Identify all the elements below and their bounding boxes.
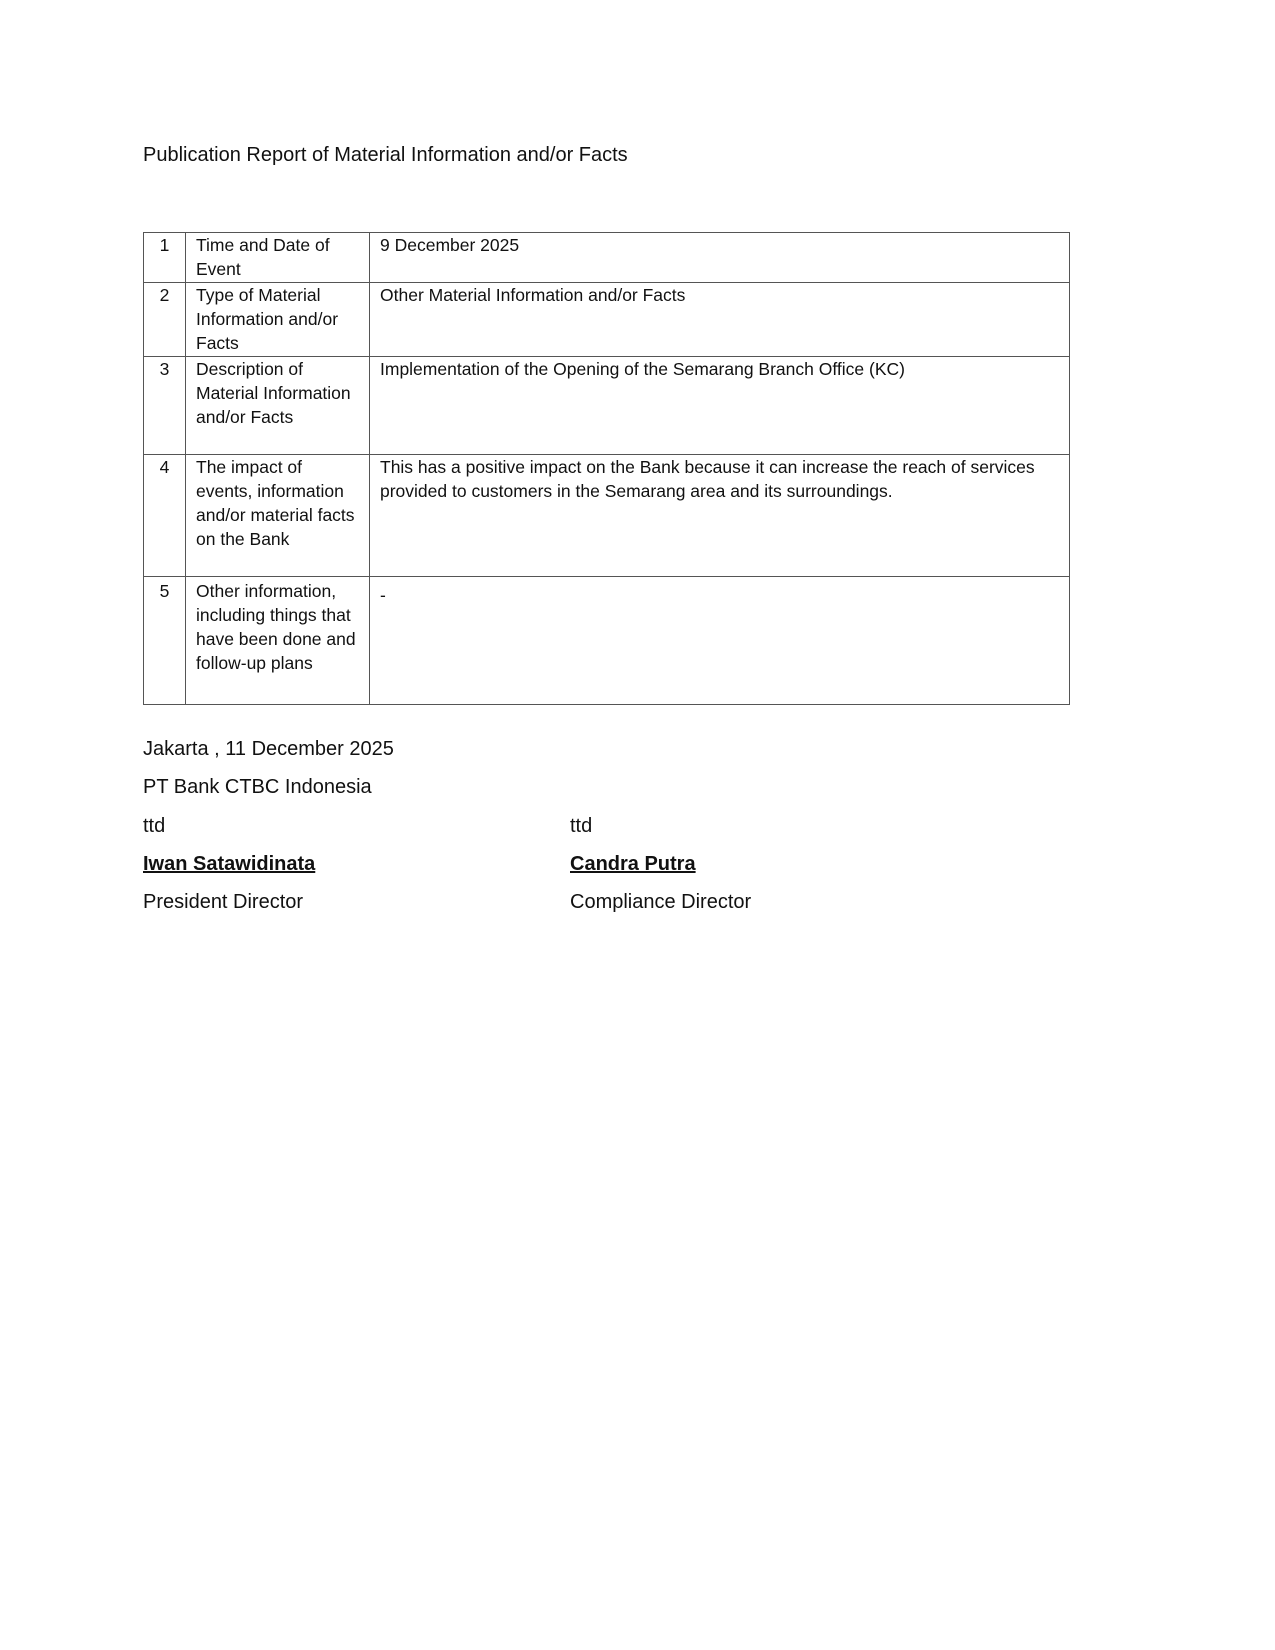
row-number: 4 <box>144 454 186 576</box>
row-label: Time and Date of Event <box>186 233 370 283</box>
row-number: 5 <box>144 576 186 704</box>
row-number: 2 <box>144 282 186 356</box>
row-value: - <box>370 576 1070 704</box>
row-value: This has a positive impact on the Bank b… <box>370 454 1070 576</box>
signatory-name-right: Candra Putra <box>570 852 696 876</box>
company-name: PT Bank CTBC Indonesia <box>143 775 372 799</box>
row-label: Description of Material Information and/… <box>186 356 370 454</box>
table-row: 3 Description of Material Information an… <box>144 356 1070 454</box>
table-row: 4 The impact of events, information and/… <box>144 454 1070 576</box>
place-and-date: Jakarta , 11 December 2025 <box>143 737 394 761</box>
row-label: The impact of events, information and/or… <box>186 454 370 576</box>
row-number: 1 <box>144 233 186 283</box>
signatory-name-left: Iwan Satawidinata <box>143 852 315 876</box>
page-title: Publication Report of Material Informati… <box>143 142 628 168</box>
table-row: 5 Other information, including things th… <box>144 576 1070 704</box>
table-row: 2 Type of Material Information and/or Fa… <box>144 282 1070 356</box>
row-label: Type of Material Information and/or Fact… <box>186 282 370 356</box>
signature-mark-left: ttd <box>143 814 165 838</box>
signatory-position-left: President Director <box>143 890 303 914</box>
table-row: 1 Time and Date of Event 9 December 2025 <box>144 233 1070 283</box>
row-label: Other information, including things that… <box>186 576 370 704</box>
signatory-position-right: Compliance Director <box>570 890 751 914</box>
signature-mark-right: ttd <box>570 814 592 838</box>
row-value: 9 December 2025 <box>370 233 1070 283</box>
row-number: 3 <box>144 356 186 454</box>
row-value: Implementation of the Opening of the Sem… <box>370 356 1070 454</box>
row-value: Other Material Information and/or Facts <box>370 282 1070 356</box>
material-information-table: 1 Time and Date of Event 9 December 2025… <box>143 232 1070 705</box>
